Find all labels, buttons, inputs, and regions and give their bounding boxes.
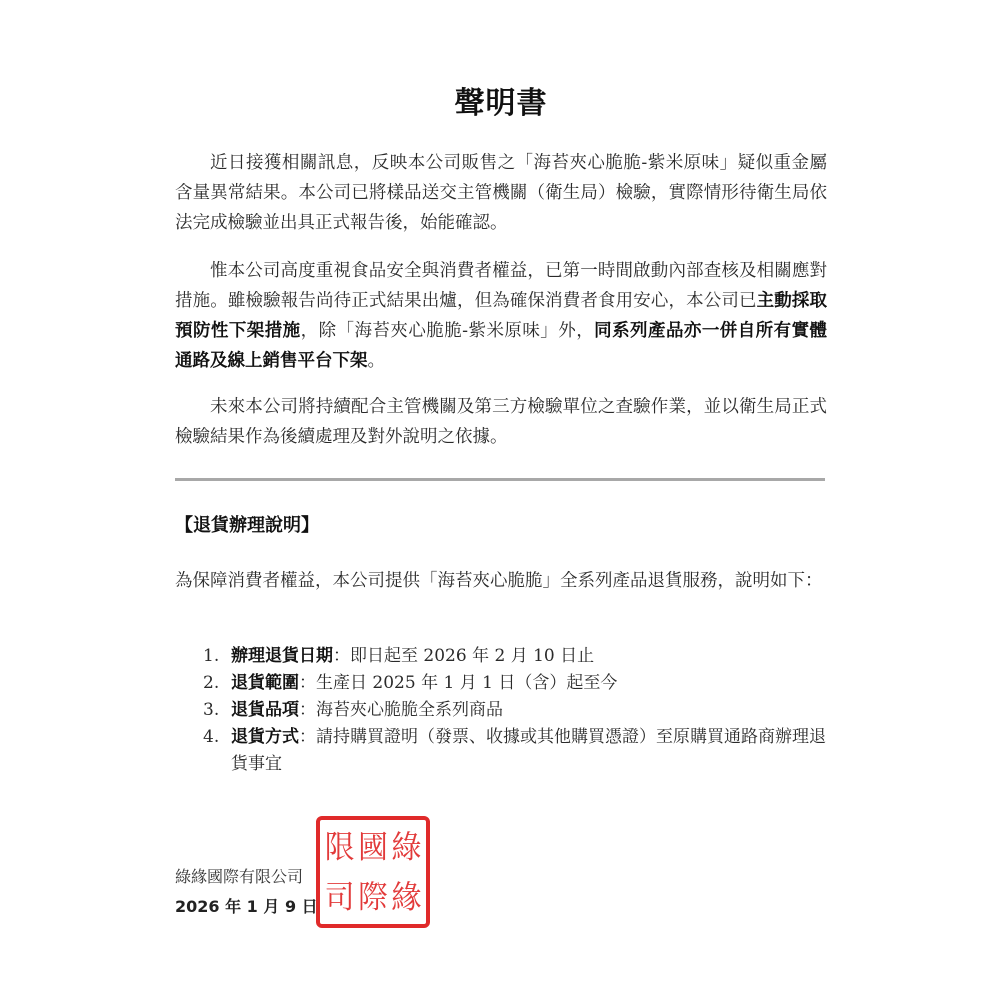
paragraph-measures: 惟本公司高度重視食品安全與消費者權益，已第一時間啟動內部查核及相關應對措施。雖檢…	[175, 256, 827, 376]
section-divider	[175, 478, 825, 481]
list-label: 退貨品項	[231, 700, 299, 720]
list-separator: ：	[299, 727, 316, 747]
seal-char: 際	[357, 873, 388, 923]
list-text: 生產日 2025 年 1 月 1 日（含）起至今	[316, 673, 617, 693]
measures-text-1: 惟本公司高度重視食品安全與消費者權益，已第一時間啟動內部查核及相關應對措施。雖檢…	[175, 261, 827, 311]
seal-char: 綠	[391, 823, 422, 873]
list-label: 退貨方式	[231, 727, 299, 747]
company-name: 綠緣國際有限公司	[175, 862, 318, 892]
list-item-return-date: 1.辦理退貨日期：即日起至 2026 年 2 月 10 日止	[203, 643, 833, 670]
list-separator: ：	[299, 700, 316, 720]
list-label: 辦理退貨日期	[231, 646, 333, 666]
seal-char: 國	[357, 823, 388, 873]
signature-block: 綠緣國際有限公司 2026 年 1 月 9 日	[175, 862, 318, 922]
company-seal-stamp: 綠 緣 國 際 限 司	[316, 816, 430, 928]
measures-text-3: 。	[368, 351, 386, 371]
list-number: 4.	[203, 724, 225, 751]
list-number: 2.	[203, 670, 225, 697]
seal-char: 司	[324, 873, 355, 923]
list-item-return-scope: 2.退貨範圍：生產日 2025 年 1 月 1 日（含）起至今	[203, 670, 833, 697]
seal-char: 緣	[391, 873, 422, 923]
return-intro: 為保障消費者權益，本公司提供「海苔夾心脆脆」全系列產品退貨服務，說明如下：	[175, 566, 827, 596]
document-title: 聲明書	[175, 78, 827, 122]
list-item-return-method: 4.退貨方式：請持購買證明（發票、收據或其他購買憑證）至原購買通路商辦理退貨事宜	[203, 724, 833, 778]
list-text: 即日起至 2026 年 2 月 10 日止	[350, 646, 594, 666]
list-label: 退貨範圍	[231, 673, 299, 693]
list-text: 請持購買證明（發票、收據或其他購買憑證）至原購買通路商辦理退貨事宜	[231, 727, 826, 774]
signature-date: 2026 年 1 月 9 日	[175, 892, 318, 922]
list-number: 1.	[203, 643, 225, 670]
paragraph-future: 未來本公司將持續配合主管機關及第三方檢驗單位之查驗作業，並以衛生局正式檢驗結果作…	[175, 392, 827, 452]
list-separator: ：	[333, 646, 350, 666]
list-separator: ：	[299, 673, 316, 693]
list-item-return-products: 3.退貨品項：海苔夾心脆脆全系列商品	[203, 697, 833, 724]
paragraph-notice: 近日接獲相關訊息，反映本公司販售之「海苔夾心脆脆-紫米原味」疑似重金屬含量異常結…	[175, 148, 827, 238]
return-details-list: 1.辦理退貨日期：即日起至 2026 年 2 月 10 日止 2.退貨範圍：生產…	[203, 643, 833, 778]
list-text: 海苔夾心脆脆全系列商品	[316, 700, 503, 720]
return-section-heading: 【退貨辦理說明】	[175, 511, 319, 537]
list-number: 3.	[203, 697, 225, 724]
measures-text-2: ，除「海苔夾心脆脆-紫米原味」外，	[301, 321, 595, 341]
seal-char: 限	[324, 823, 355, 873]
